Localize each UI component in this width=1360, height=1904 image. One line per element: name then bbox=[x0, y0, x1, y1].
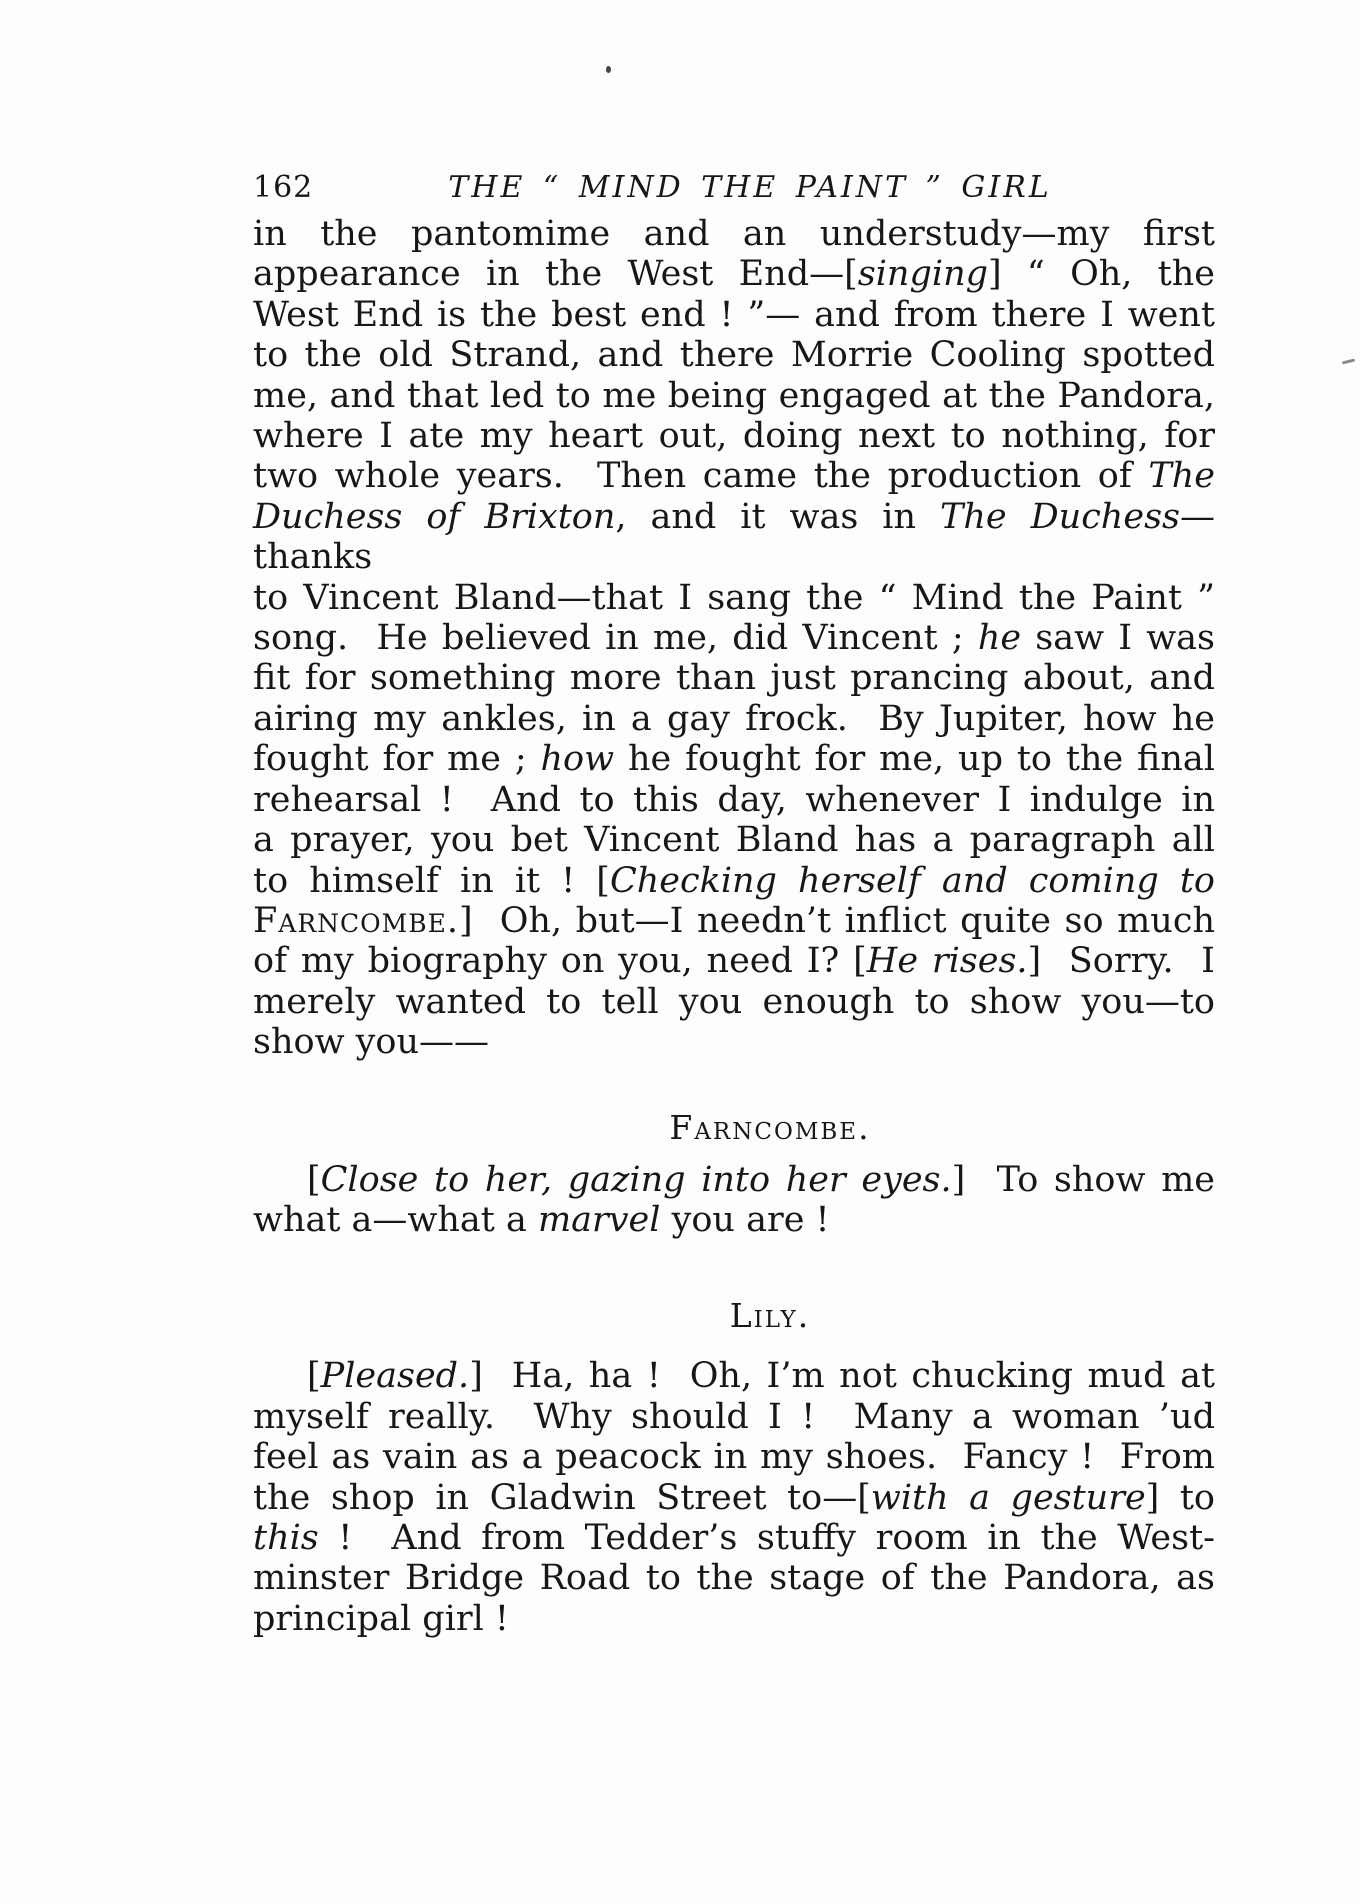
text-line: [Pleased.] Ha, ha ! Oh, I’m not chucking… bbox=[253, 1356, 1215, 1396]
text-line: where I ate my heart out, doing next to … bbox=[253, 416, 1215, 456]
italic-text: this bbox=[253, 1518, 319, 1558]
text-line: to himself in it ! [Checking herself and… bbox=[253, 861, 1215, 901]
text-line: minster Bridge Road to the stage of the … bbox=[253, 1558, 1215, 1598]
plain-text: [ bbox=[307, 1160, 321, 1200]
plain-text: fit for something more than just prancin… bbox=[253, 658, 1215, 698]
text-line: show you—— bbox=[253, 1022, 1215, 1062]
text-line: West End is the best end ! ”— and from t… bbox=[253, 295, 1215, 335]
body-text: in the pantomime and an understudy—my fi… bbox=[253, 214, 1215, 1639]
page-header: 162 THE “ MIND THE PAINT ” GIRL bbox=[253, 166, 1215, 212]
speech-farncombe: [Close to her, gazing into her eyes.] To… bbox=[253, 1160, 1215, 1241]
plain-text: two whole years. Then came the productio… bbox=[253, 456, 1148, 496]
plain-text: of my biography on you, need I? [ bbox=[253, 941, 867, 981]
text-line: two whole years. Then came the productio… bbox=[253, 456, 1215, 496]
text-line: [Close to her, gazing into her eyes.] To… bbox=[253, 1160, 1215, 1200]
text-line: to Vincent Bland—that I sang the “ Mind … bbox=[253, 578, 1215, 618]
plain-text: where I ate my heart out, doing next to … bbox=[253, 416, 1215, 456]
text-line: me, and that led to me being engaged at … bbox=[253, 376, 1215, 416]
text-line: Farncombe.] Oh, but—I needn’t inflict qu… bbox=[253, 901, 1215, 941]
plain-text: me, and that led to me being engaged at … bbox=[253, 376, 1215, 416]
small-caps-text: Farncombe. bbox=[253, 901, 459, 941]
italic-text: Close to her, gazing into her eyes. bbox=[321, 1160, 952, 1200]
page-number: 162 bbox=[253, 166, 313, 210]
italic-text: The bbox=[1148, 456, 1215, 496]
italic-text: how bbox=[541, 739, 615, 779]
plain-text: fought for me ; bbox=[253, 739, 541, 779]
plain-text: appearance in the West End—[ bbox=[253, 254, 858, 294]
plain-text: merely wanted to tell you enough to show… bbox=[253, 982, 1215, 1022]
plain-text: to the old Strand, and there Morrie Cool… bbox=[253, 335, 1215, 375]
plain-text: minster Bridge Road to the stage of the … bbox=[253, 1558, 1215, 1598]
plain-text: feel as vain as a peacock in my shoes. F… bbox=[253, 1437, 1215, 1477]
plain-text: ] to bbox=[1146, 1478, 1215, 1518]
plain-text: to Vincent Bland—that I sang the “ Mind … bbox=[253, 578, 1215, 618]
plain-text: saw I was bbox=[1021, 618, 1215, 658]
speech-lily-continued: in the pantomime and an understudy—my fi… bbox=[253, 214, 1215, 1063]
speaker-heading-farncombe: Farncombe. bbox=[289, 1108, 1251, 1148]
plain-text: what a—what a bbox=[253, 1200, 538, 1240]
plain-text: song. He believed in me, did Vincent ; bbox=[253, 618, 978, 658]
plain-text: ! And from Tedder’s stuffy room in the W… bbox=[319, 1518, 1215, 1558]
plain-text: to himself in it ! [ bbox=[253, 861, 610, 901]
text-line: airing my ankles, in a gay frock. By Jup… bbox=[253, 699, 1215, 739]
italic-text: singing bbox=[858, 254, 988, 294]
italic-text: He rises. bbox=[867, 941, 1028, 981]
book-page: 162 THE “ MIND THE PAINT ” GIRL in the p… bbox=[0, 0, 1360, 1904]
plain-text: principal girl ! bbox=[253, 1599, 509, 1639]
plain-text: in the pantomime and an understudy—my fi… bbox=[253, 214, 1215, 254]
text-line: this ! And from Tedder’s stuffy room in … bbox=[253, 1518, 1215, 1558]
text-line: what a—what a marvel you are ! bbox=[253, 1200, 1215, 1240]
plain-text: he fought for me, up to the final bbox=[614, 739, 1215, 779]
plain-text: [ bbox=[307, 1356, 321, 1396]
text-line: myself really. Why should I ! Many a wom… bbox=[253, 1397, 1215, 1437]
italic-text: with a gesture bbox=[871, 1478, 1146, 1518]
italic-text: he bbox=[978, 618, 1021, 658]
text-line: fit for something more than just prancin… bbox=[253, 658, 1215, 698]
plain-text: rehearsal ! And to this day, whenever I … bbox=[253, 780, 1215, 820]
italic-text: marvel bbox=[538, 1200, 660, 1240]
text-line: a prayer, you bet Vincent Bland has a pa… bbox=[253, 820, 1215, 860]
text-line: to the old Strand, and there Morrie Cool… bbox=[253, 335, 1215, 375]
plain-text: ] To show me bbox=[952, 1160, 1215, 1200]
italic-text: Pleased. bbox=[321, 1356, 470, 1396]
plain-text: you are ! bbox=[660, 1200, 829, 1240]
plain-text: ] Ha, ha ! Oh, I’m not chucking mud at bbox=[469, 1356, 1215, 1396]
text-line: fought for me ; how he fought for me, up… bbox=[253, 739, 1215, 779]
running-title: THE “ MIND THE PAINT ” GIRL bbox=[448, 166, 1051, 210]
italic-text: Duchess of Brixton bbox=[253, 497, 615, 537]
plain-text: the shop in Gladwin Street to—[ bbox=[253, 1478, 871, 1518]
text-line: the shop in Gladwin Street to—[with a ge… bbox=[253, 1478, 1215, 1518]
text-line: in the pantomime and an understudy—my fi… bbox=[253, 214, 1215, 254]
plain-text: , and it was in bbox=[615, 497, 940, 537]
plain-text: ] Oh, but—I needn’t inflict quite so muc… bbox=[459, 901, 1215, 941]
plain-text: West End is the best end ! ”— and from t… bbox=[253, 295, 1215, 335]
plain-text: ] “ Oh, the bbox=[988, 254, 1215, 294]
text-line: song. He believed in me, did Vincent ; h… bbox=[253, 618, 1215, 658]
plain-text: show you—— bbox=[253, 1022, 489, 1062]
italic-text: The Duchess bbox=[940, 497, 1180, 537]
plain-text: a prayer, you bet Vincent Bland has a pa… bbox=[253, 820, 1215, 860]
text-line: Duchess of Brixton, and it was in The Du… bbox=[253, 497, 1215, 578]
text-line: of my biography on you, need I? [He rise… bbox=[253, 941, 1215, 981]
text-line: appearance in the West End—[singing] “ O… bbox=[253, 254, 1215, 294]
scan-speck bbox=[1342, 358, 1355, 364]
plain-text: airing my ankles, in a gay frock. By Jup… bbox=[253, 699, 1215, 739]
plain-text: ] Sorry. I bbox=[1028, 941, 1215, 981]
scan-speck bbox=[606, 66, 611, 73]
plain-text: myself really. Why should I ! Many a wom… bbox=[253, 1397, 1215, 1437]
speech-lily: [Pleased.] Ha, ha ! Oh, I’m not chucking… bbox=[253, 1356, 1215, 1639]
text-line: rehearsal ! And to this day, whenever I … bbox=[253, 780, 1215, 820]
text-line: merely wanted to tell you enough to show… bbox=[253, 982, 1215, 1022]
italic-text: Checking herself and coming to bbox=[610, 861, 1215, 901]
text-line: feel as vain as a peacock in my shoes. F… bbox=[253, 1437, 1215, 1477]
text-line: principal girl ! bbox=[253, 1599, 1215, 1639]
speaker-heading-lily: Lily. bbox=[289, 1296, 1251, 1336]
